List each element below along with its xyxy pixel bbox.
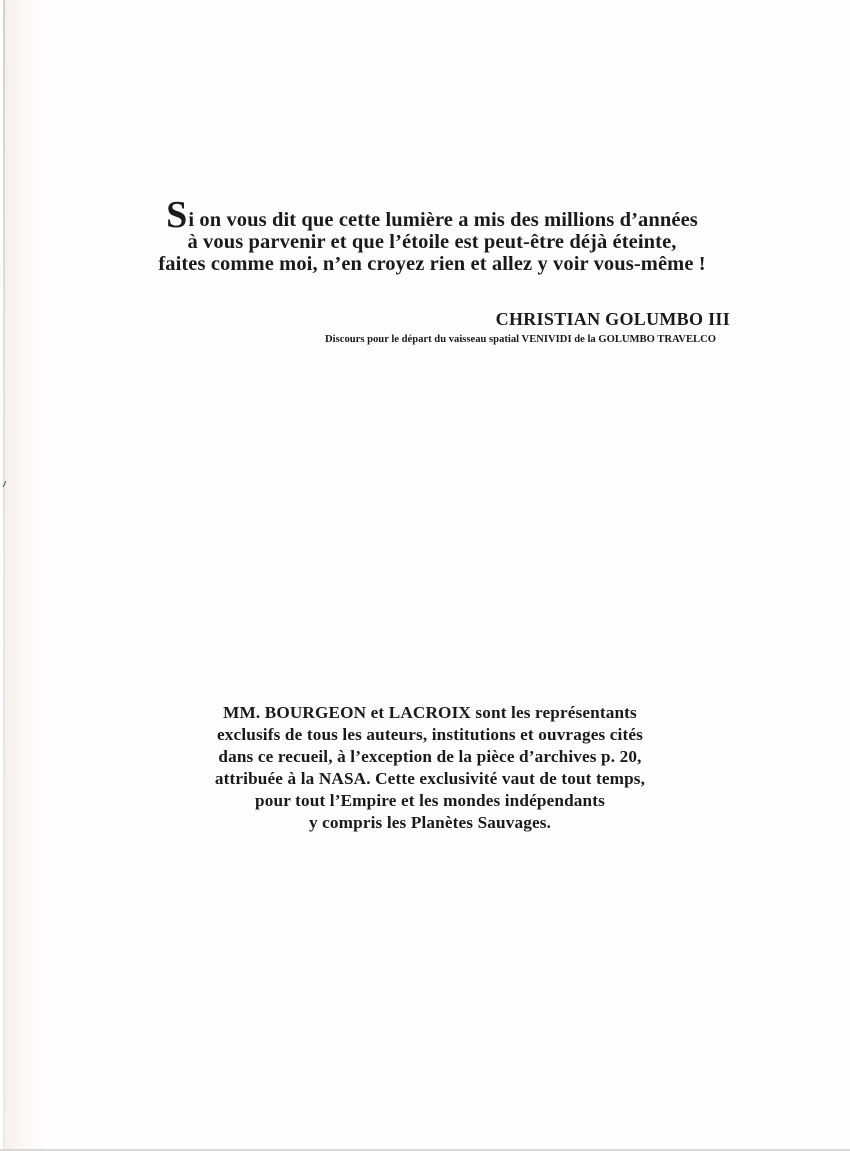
epigraph-quote: Si on vous dit que cette lumière a mis d… bbox=[131, 205, 733, 275]
notice-line-2: exclusifs de tous les auteurs, instituti… bbox=[150, 724, 710, 746]
page-gutter-shadow bbox=[5, 0, 45, 1151]
copyright-notice: MM. BOURGEON et LACROIX sont les représe… bbox=[150, 702, 710, 834]
epigraph-source: Discours pour le départ du vaisseau spat… bbox=[240, 334, 716, 345]
notice-line-6: y compris les Planètes Sauvages. bbox=[150, 812, 710, 834]
page-left-edge bbox=[3, 0, 5, 1151]
notice-line-1: MM. BOURGEON et LACROIX sont les représe… bbox=[150, 702, 710, 724]
epigraph-author: CHRISTIAN GOLUMBO III bbox=[300, 309, 730, 330]
notice-line-3: dans ce recueil, à l’exception de la piè… bbox=[150, 746, 710, 768]
epigraph-line-3: faites comme moi, n’en croyez rien et al… bbox=[131, 253, 733, 275]
notice-line-4: attribuée à la NASA. Cette exclusivité v… bbox=[150, 768, 710, 790]
drop-cap: S bbox=[166, 194, 187, 236]
epigraph-line-2: à vous parvenir et que l’étoile est peut… bbox=[131, 231, 733, 253]
epigraph-line-1-text: i on vous dit que cette lumière a mis de… bbox=[188, 209, 698, 231]
epigraph-line-1: Si on vous dit que cette lumière a mis d… bbox=[131, 205, 733, 231]
notice-line-5: pour tout l’Empire et les mondes indépen… bbox=[150, 790, 710, 812]
